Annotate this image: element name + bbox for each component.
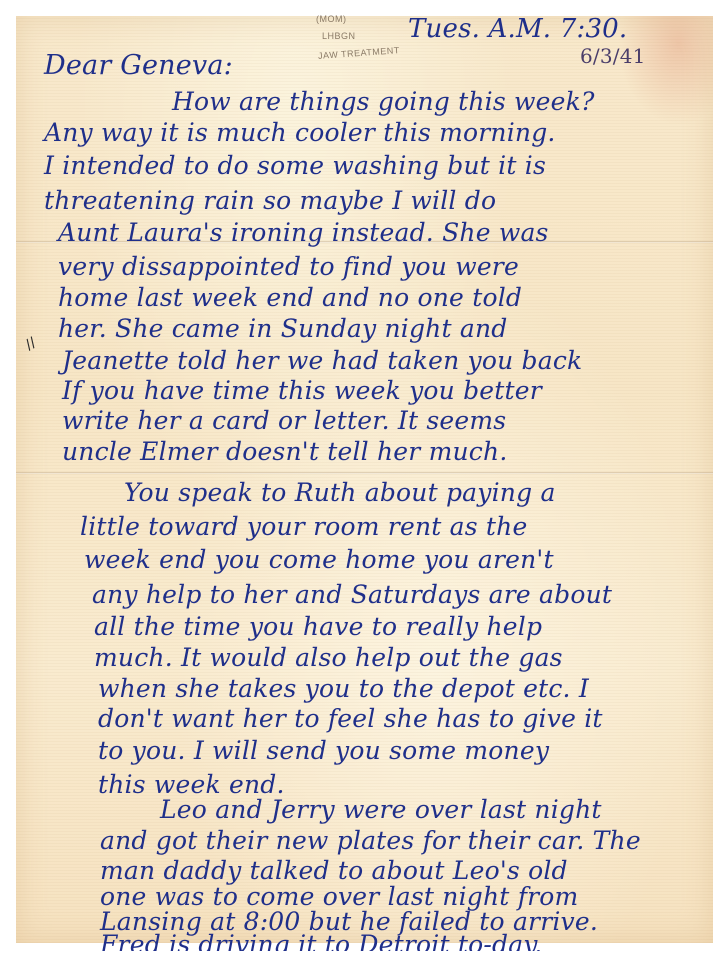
time-heading: Tues. A.M. 7:30. (408, 14, 627, 44)
letter-line: Aunt Laura's ironing instead. She was (58, 218, 549, 247)
pencil-note-code: LHBGN (322, 31, 356, 41)
letter-line: Fred is driving it to Detroit to-day. (100, 930, 542, 959)
letter-line: to you. I will send you some money (98, 736, 549, 765)
pencil-note-mom: (MOM) (316, 14, 347, 24)
letter-line: and got their new plates for their car. … (100, 826, 641, 855)
letter-line: man daddy talked to about Leo's old (100, 856, 568, 885)
letter-line: If you have time this week you better (62, 376, 542, 405)
letter-line: any help to her and Saturdays are about (92, 580, 612, 609)
letter-line: week end you come home you aren't (84, 545, 554, 574)
letter-line: Leo and Jerry were over last night (160, 795, 602, 824)
letter-line: write her a card or letter. It seems (62, 406, 506, 435)
letter-line: threatening rain so maybe I will do (44, 186, 496, 215)
letter-line: little toward your room rent as the (80, 512, 527, 541)
letter-line: Jeanette told her we had taken you back (62, 346, 582, 375)
fold-line (16, 472, 713, 474)
letter-line: much. It would also help out the gas (94, 643, 563, 672)
letter-line: all the time you have to really help (94, 612, 542, 641)
letter-line: How are things going this week? (172, 87, 595, 116)
letter-line: uncle Elmer doesn't tell her much. (62, 437, 507, 466)
letter-line: don't want her to feel she has to give i… (98, 704, 603, 733)
letter-line: very dissappointed to find you were (58, 252, 519, 281)
salutation: Dear Geneva: (44, 50, 233, 81)
letter-line: when she takes you to the depot etc. I (98, 674, 589, 703)
letter-line: Any way it is much cooler this morning. (44, 118, 556, 147)
letter-line: I intended to do some washing but it is (44, 151, 546, 180)
letter-line: You speak to Ruth about paying a (124, 478, 556, 507)
letter-line: home last week end and no one told (58, 283, 522, 312)
letter-line: her. She came in Sunday night and (58, 314, 507, 343)
date-annotation: 6/3/41 (580, 44, 646, 68)
